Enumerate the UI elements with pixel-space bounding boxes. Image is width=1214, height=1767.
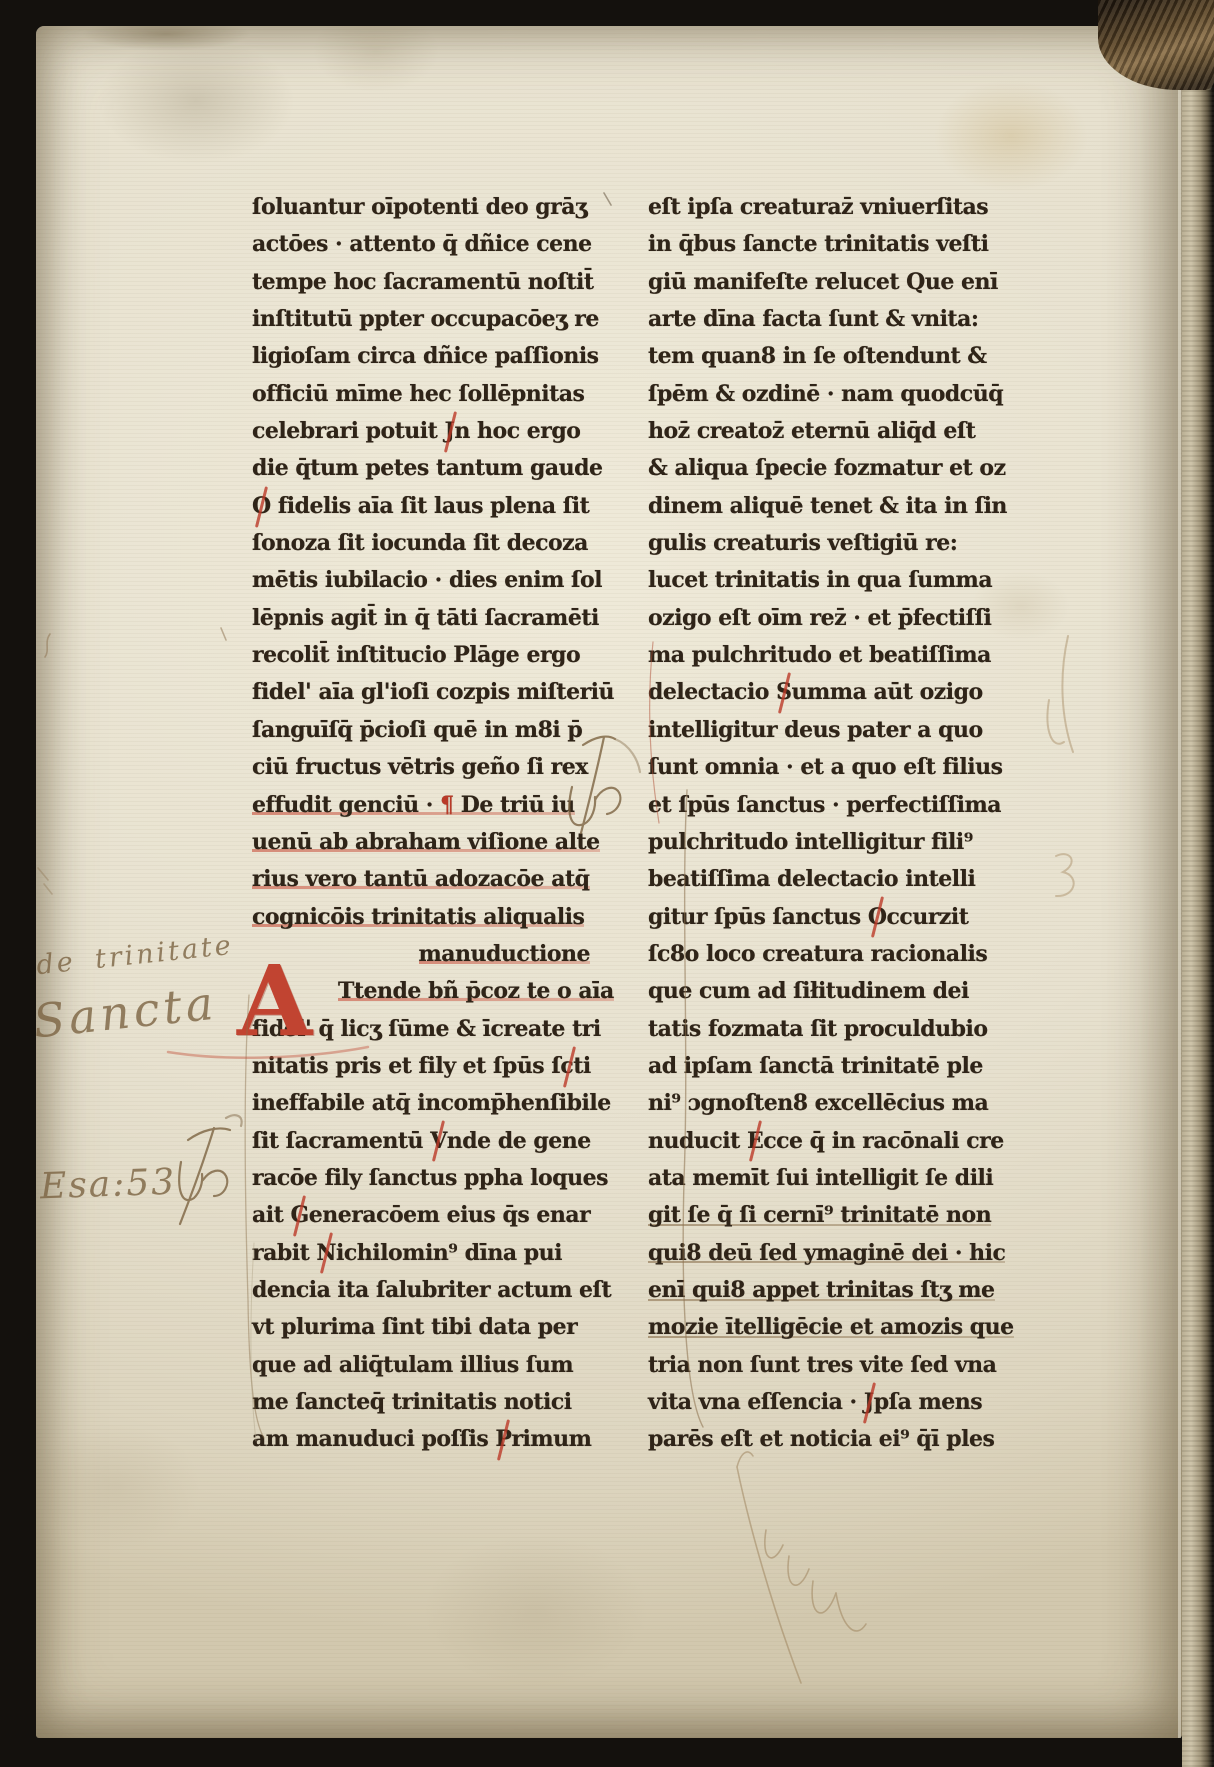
text-line: vita vna eſſencia · Jpſa mens bbox=[648, 1384, 986, 1421]
text-line: ſoluantur oīpotenti deo grāʒ bbox=[252, 189, 590, 226]
text-line: uenū ab abraham viſione alte bbox=[252, 824, 590, 861]
text-line: ciū fructus vētris geño ſi rex bbox=[252, 749, 590, 786]
text-line: cognicōis trinitatis aliqualis bbox=[252, 899, 590, 936]
text-line: gitur ſpūs ſanctus Occurzit bbox=[648, 899, 986, 936]
text-line: tem quan8 in ſe oſtendunt & bbox=[648, 338, 986, 375]
text-line: dencia ita ſalubriter actum eſt bbox=[252, 1272, 590, 1309]
text-line: intelligitur deus pater a quo bbox=[648, 712, 986, 749]
text-line: tempe hoc ſacramentū noſtit̄ bbox=[252, 264, 590, 301]
text-line: inſtitutū ppter occupacōeʒ re bbox=[252, 301, 590, 338]
text-line: lucet trinitatis in qua ſumma bbox=[648, 562, 986, 599]
text-line: delectacio Summa aūt ozigo bbox=[648, 674, 986, 711]
text-line: et ſpūs ſanctus · perfectiſſima bbox=[648, 787, 986, 824]
text-line: rius vero tantū adozacōe atq̄ bbox=[252, 861, 590, 898]
text-line: celebrari potuit Jn hoc ergo bbox=[252, 413, 590, 450]
text-line: ſpēm & ozdinē · nam quodcūq̄ bbox=[648, 376, 986, 413]
text-line: recolit̄ inſtitucio Plāge ergo bbox=[252, 637, 590, 674]
text-line: vt plurima ſint tibi data per bbox=[252, 1309, 590, 1346]
text-line: mētis iubilacio · dies enim ſol bbox=[252, 562, 590, 599]
text-line: giū manifeſte relucet Que enī bbox=[648, 264, 986, 301]
text-line: die q̄tum petes tantum gaude bbox=[252, 450, 590, 487]
text-line: ata memīt ſui intelligit ſe dili bbox=[648, 1160, 986, 1197]
margin-reference-esa-53: Esa:53 bbox=[39, 1162, 177, 1208]
text-line: enī qui8 appet trinitas ſtʒ me bbox=[648, 1272, 986, 1309]
text-line: qui8 deū ſed ymaginē dei · hic bbox=[648, 1235, 986, 1272]
text-line: gulis creaturis veſtigiū re: bbox=[648, 525, 986, 562]
text-line: mozie ītelligēcie et amozis que bbox=[648, 1309, 986, 1346]
text-line: git ſe q̄ ſi cernī⁹ trinitatē non bbox=[648, 1197, 986, 1234]
text-line: dinem aliquē tenet & ita in ſin bbox=[648, 488, 986, 525]
text-line: ozigo eſt oīm rez̄ · et p̄fectiſſi bbox=[648, 600, 986, 637]
book-fore-edge bbox=[1182, 0, 1214, 1767]
text-line: ad ipſam ſanctā trinitatē ple bbox=[648, 1048, 986, 1085]
text-line: arte dīna facta ſunt & vnita: bbox=[648, 301, 986, 338]
text-line: lēpnis agit̄ in q̄ tāti ſacramēti bbox=[252, 600, 590, 637]
text-column-right: eſt ipſa creaturaz̄ vniuerſitasin q̄bus … bbox=[648, 189, 986, 1459]
text-line: racōe fily ſanctus ppha loques bbox=[252, 1160, 590, 1197]
text-line: fidel' aīa gl'ioſi cozpis miſteriū bbox=[252, 674, 590, 711]
text-line: ni⁹ ɔgnoſten8 excellēcius ma bbox=[648, 1085, 986, 1122]
text-line: que ad aliq̄tulam illius ſum bbox=[252, 1347, 590, 1384]
text-line: ſit ſacramentū Vnde de gene bbox=[252, 1123, 590, 1160]
text-line: ligioſam circa dñice paſſionis bbox=[252, 338, 590, 375]
text-line: tatis fozmata ſit proculdubio bbox=[648, 1011, 986, 1048]
text-line: tria non ſunt tres vite ſed vna bbox=[648, 1347, 986, 1384]
text-line: effudit genciū · ¶ De triū iu bbox=[252, 787, 590, 824]
text-line: rabit Nichilomin⁹ dīna pui bbox=[252, 1235, 590, 1272]
text-line: pulchritudo intelligitur fili⁹ bbox=[648, 824, 986, 861]
text-line: & aliqua ſpecie fozmatur et oz bbox=[648, 450, 986, 487]
text-line: ma pulchritudo et beatiſſima bbox=[648, 637, 986, 674]
text-line: ait Generacōem eius q̄s enar bbox=[252, 1197, 590, 1234]
text-line: am manuduci poſſis Primum bbox=[252, 1421, 590, 1458]
text-line: O fidelis aīa ſit laus plena ſit bbox=[252, 488, 590, 525]
text-line: ineffabile atq̄ incomp̄henſibile bbox=[252, 1085, 590, 1122]
text-line: ſanguīſq̄ p̄cioſi quē in m8i p̄ bbox=[252, 712, 590, 749]
parchment-page bbox=[36, 26, 1182, 1738]
text-line: actōes · attento q̄ dñice cene bbox=[252, 226, 590, 263]
text-line: officiū mīme hec ſollēpnitas bbox=[252, 376, 590, 413]
text-line: me ſancteq̄ trinitatis notici bbox=[252, 1384, 590, 1421]
book-scan: ſoluantur oīpotenti deo grāʒactōes · att… bbox=[0, 0, 1214, 1767]
text-line: ſonoza ſit iocunda ſit decoza bbox=[252, 525, 590, 562]
text-line: ſunt omnia · et a quo eſt filius bbox=[648, 749, 986, 786]
text-line: parēs eſt et noticia ei⁹ q̄ī ples bbox=[648, 1421, 986, 1458]
text-line: eſt ipſa creaturaz̄ vniuerſitas bbox=[648, 189, 986, 226]
text-column-left: ſoluantur oīpotenti deo grāʒactōes · att… bbox=[252, 189, 590, 1459]
text-line: hoz̄ creatoz̄ eternū aliq̄d eſt bbox=[648, 413, 986, 450]
text-line: nuducit Ecce q̄ in racōnali cre bbox=[648, 1123, 986, 1160]
text-line: in q̄bus ſancte trinitatis veſti bbox=[648, 226, 986, 263]
text-line: beatiſſima delectacio intelli bbox=[648, 861, 986, 898]
rubricated-initial-A: A bbox=[237, 958, 312, 1045]
text-line: ſc8o loco creatura racionalis bbox=[648, 936, 986, 973]
text-line: que cum ad ſiłitudinem dei bbox=[648, 973, 986, 1010]
